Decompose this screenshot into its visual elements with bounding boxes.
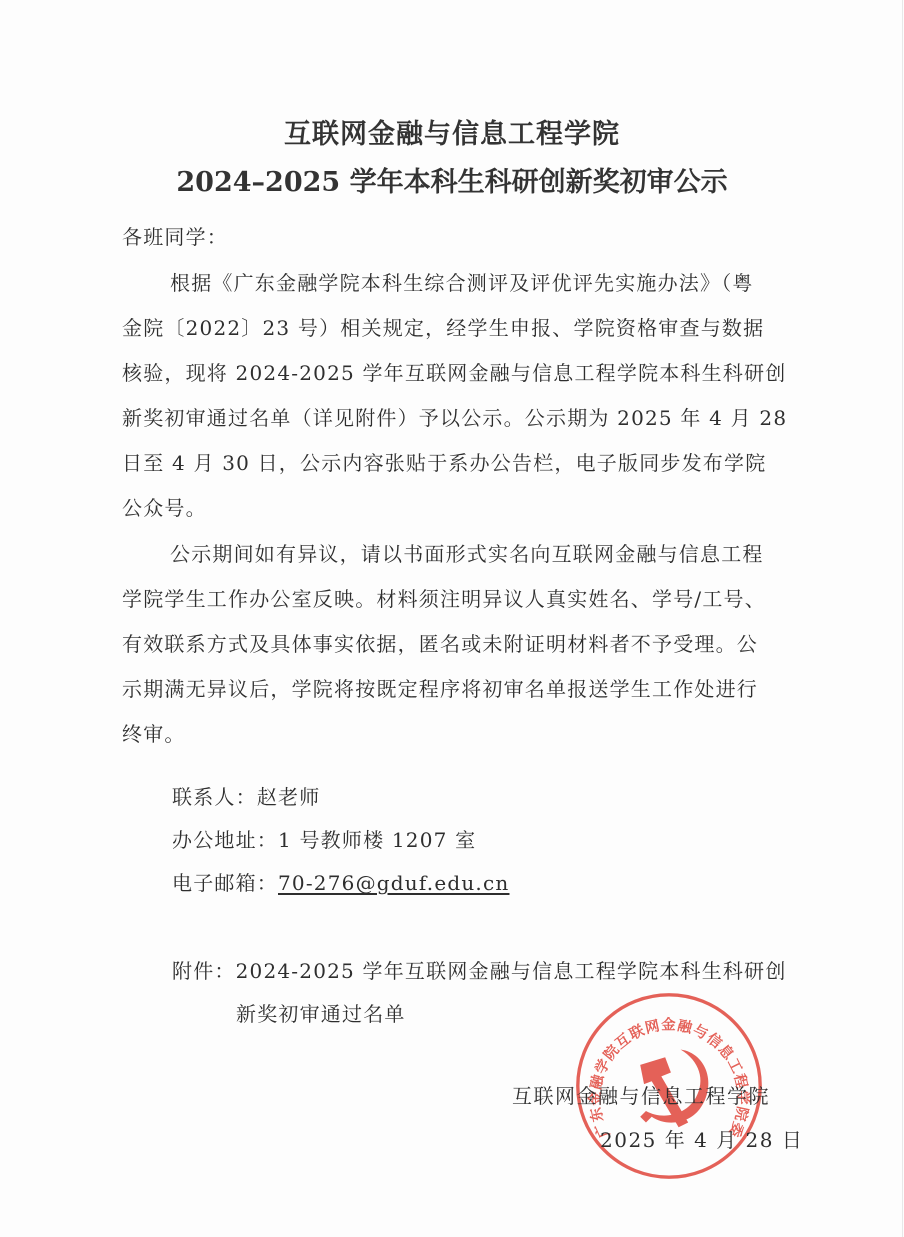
salutation: 各班同学：	[122, 221, 228, 250]
attachment-label: 附件：	[172, 959, 236, 983]
paragraph-line: 根据《广东金融学院本科生综合测评及评优评先实施办法》（粤	[170, 267, 830, 296]
paragraph-line: 示期满无异议后，学院将按既定程序将初审名单报送学生工作处进行	[122, 673, 782, 702]
paragraph-line: 学院学生工作办公室反映。材料须注明异议人真实姓名、学号/工号、	[122, 583, 782, 612]
signature-date: 2025 年 4 月 28 日	[600, 1124, 803, 1153]
paragraph-line: 金院〔2022〕23 号）相关规定，经学生申报、学院资格审查与数据	[122, 312, 782, 341]
paragraph-line: 核验，现将 2024-2025 学年互联网金融与信息工程学院本科生科研创	[122, 357, 782, 386]
paragraph-line: 日至 4 月 30 日，公示内容张贴于系办公告栏，电子版同步发布学院	[122, 447, 782, 476]
contact-office-label: 办公地址：	[172, 828, 278, 852]
contact-email-label: 电子邮箱：	[172, 871, 278, 895]
contact-person-label: 联系人：	[172, 785, 257, 809]
contact-person-value: 赵老师	[257, 785, 321, 809]
contact-email: 电子邮箱：70-276@gduf.edu.cn	[172, 867, 509, 896]
paragraph-line: 公众号。	[122, 492, 782, 521]
email-link[interactable]: 70-276@gduf.edu.cn	[278, 871, 509, 895]
attachment-title-line2: 新奖初审通过名单	[236, 998, 406, 1027]
contact-office: 办公地址：1 号教师楼 1207 室	[172, 824, 476, 853]
attachment-line1: 附件：2024-2025 学年互联网金融与信息工程学院本科生科研创	[172, 955, 787, 984]
document-title-line2: 2024–2025 学年本科生科研创新奖初审公示	[0, 160, 904, 199]
contact-person: 联系人：赵老师	[172, 781, 320, 810]
signature-organization: 互联网金融与信息工程学院	[512, 1080, 770, 1109]
attachment-title-line1: 2024-2025 学年互联网金融与信息工程学院本科生科研创	[236, 959, 787, 983]
paragraph-line: 有效联系方式及具体事实依据，匿名或未附证明材料者不予受理。公	[122, 628, 782, 657]
paragraph-line: 公示期间如有异议，请以书面形式实名向互联网金融与信息工程	[170, 538, 830, 567]
document-page: 互联网金融与信息工程学院 2024–2025 学年本科生科研创新奖初审公示 各班…	[0, 0, 904, 1237]
document-title-line1: 互联网金融与信息工程学院	[0, 112, 904, 151]
contact-office-value: 1 号教师楼 1207 室	[278, 828, 476, 852]
paragraph-line: 终审。	[122, 718, 782, 747]
paragraph-line: 新奖初审通过名单（详见附件）予以公示。公示期为 2025 年 4 月 28	[122, 402, 782, 431]
